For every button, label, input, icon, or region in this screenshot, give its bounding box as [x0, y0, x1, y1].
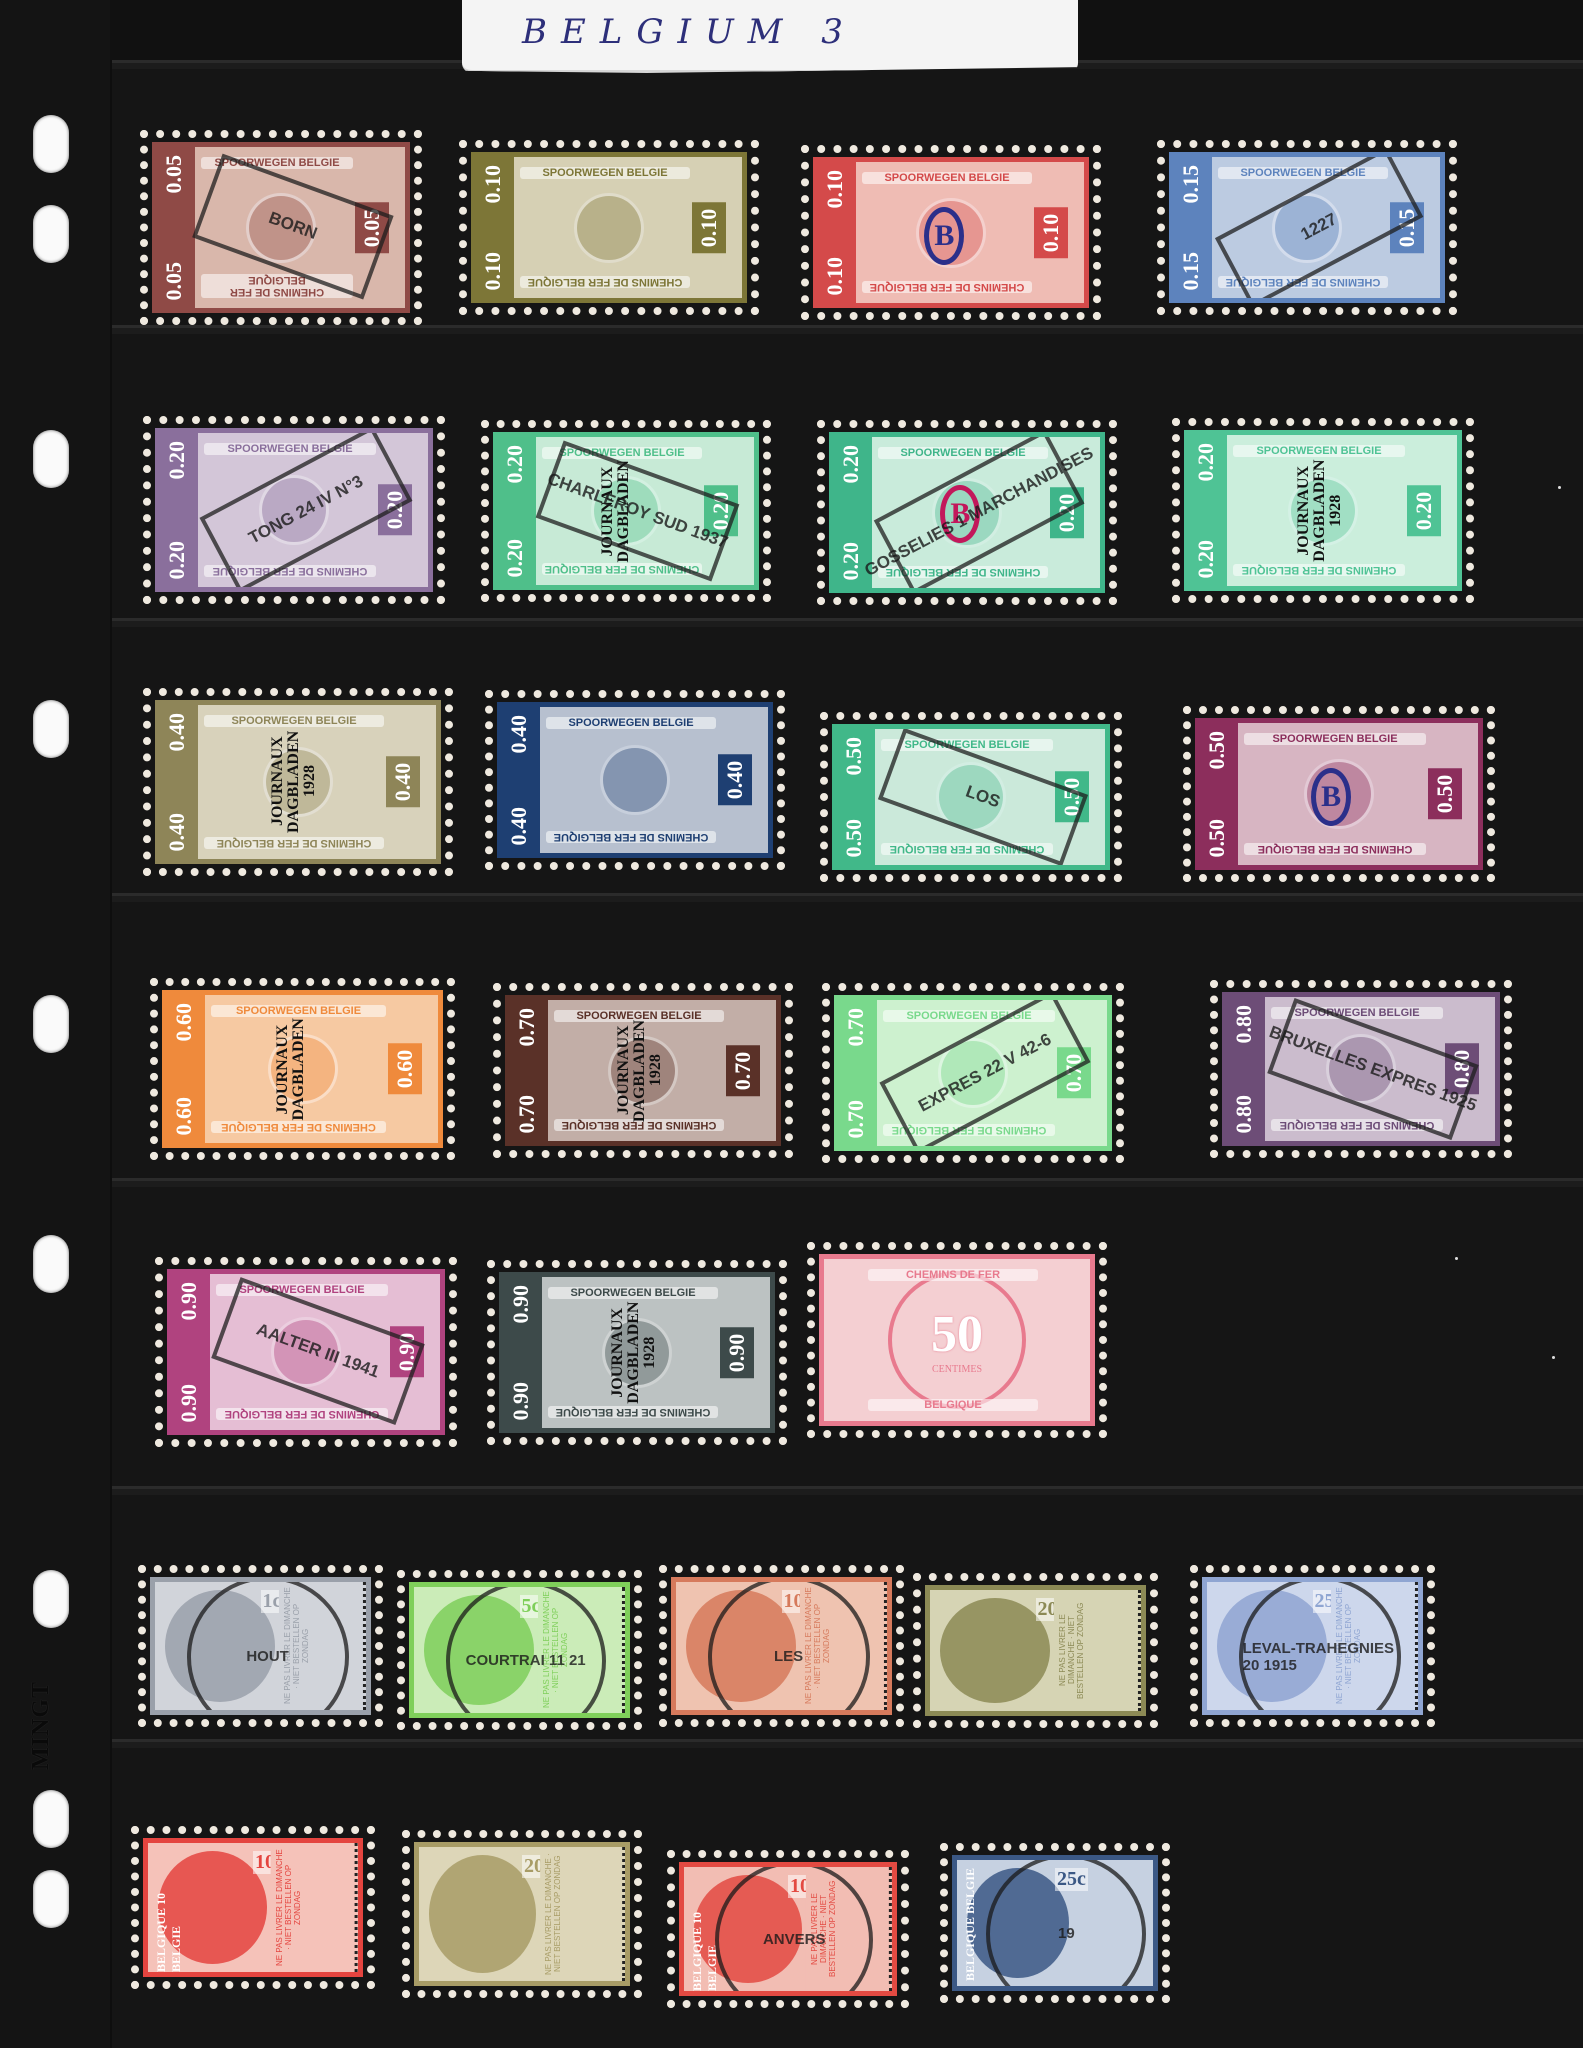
value-ring: 50CENTIMES	[888, 1271, 1026, 1409]
ribbon-top: SPOORWEGEN BELGIE	[520, 167, 690, 179]
denomination-right: 0.20	[1407, 485, 1441, 536]
denomination-right: 0.70	[726, 1045, 760, 1096]
denomination-bottom-left: 0.80	[1231, 1095, 1257, 1134]
stamp: 0.200.200.20SPOORWEGEN BELGIECHEMINS DE …	[1172, 418, 1474, 603]
denomination-top-left: 0.80	[1231, 1005, 1257, 1044]
postmark-cancel: CHARLEROY SUD 1937	[536, 440, 740, 581]
denomination-bottom-left: 0.15	[1178, 252, 1204, 291]
stamp: 10BELGIQUE 10 BELGIENE PAS LIVRER LE DIM…	[667, 1850, 909, 2008]
stamp-design: 0.400.400.40SPOORWEGEN BELGIECHEMINS DE …	[155, 700, 441, 864]
denomination-top-left: 0.70	[514, 1008, 540, 1047]
denomination-top-left: 0.10	[822, 170, 848, 209]
ribbon-bottom: CHEMINS DE FER BELGIQUE	[862, 281, 1032, 293]
label-text: BELGIUM 3	[522, 12, 857, 52]
stamp-design: 0.200.200.20SPOORWEGEN BELGIECHEMINS DE …	[1184, 430, 1462, 591]
stamp-header: CHEMINS DE FER	[868, 1269, 1038, 1281]
stamp-footer: BELGIQUE	[868, 1399, 1038, 1411]
punch-hole	[33, 115, 69, 173]
stamp-design: 0.050.050.05SPOORWEGEN BELGIECHEMINS DE …	[152, 142, 410, 313]
ribbon-bottom: CHEMINS DE FER BELGIQUE	[546, 831, 716, 843]
denomination-bottom-left: 0.20	[838, 542, 864, 581]
denomination-top-left: 0.20	[164, 441, 190, 480]
ribbon-bottom: CHEMINS DE FER BELGIQUE	[520, 276, 690, 288]
stamp: 0.500.500.50SPOORWEGEN BELGIECHEMINS DE …	[820, 712, 1122, 882]
stamp-design: 20NE PAS LIVRER LE DIMANCHE · NIET BESTE…	[925, 1585, 1146, 1716]
overprint-text: JOURNAUX DAGBLADEN 1928	[610, 1295, 658, 1410]
punch-hole	[33, 995, 69, 1053]
ribbon-top: SPOORWEGEN BELGIE	[1244, 733, 1426, 745]
denomination-bottom-left: 0.90	[176, 1384, 202, 1423]
denomination-bottom-left: 0.20	[1193, 540, 1219, 579]
advertising-tab: NE PAS LIVRER LE DIMANCHE · NIET BESTELL…	[1054, 1590, 1141, 1711]
punch-hole	[33, 430, 69, 488]
denomination-top-left: 0.60	[171, 1003, 197, 1042]
denomination-top-left: 0.40	[164, 713, 190, 752]
denomination-right: 0.10	[1034, 207, 1068, 258]
punch-hole	[33, 700, 69, 758]
denomination-top-left: 0.20	[502, 445, 528, 484]
stamp-design: 20NE PAS LIVRER LE DIMANCHE · NIET BESTE…	[414, 1842, 630, 1986]
denomination-top-left: 0.05	[161, 155, 187, 194]
punch-hole	[33, 1870, 69, 1928]
ribbon-top: SPOORWEGEN BELGIE	[546, 717, 716, 729]
stamp-design: 0.500.500.50SPOORWEGEN BELGIECHEMINS DE …	[832, 724, 1110, 870]
denomination-top-left: 0.70	[843, 1008, 869, 1047]
inscription: BELGIQUE 10 BELGIE	[154, 1851, 184, 1972]
advertising-tab: NE PAS LIVRER LE DIMANCHE · NIET BESTELL…	[271, 1843, 358, 1972]
denomination-bottom-left: 0.50	[1204, 819, 1230, 858]
portrait-oval	[429, 1855, 536, 1973]
stamp: 0.400.400.40SPOORWEGEN BELGIECHEMINS DE …	[143, 688, 453, 876]
denomination-top-left: 0.40	[506, 715, 532, 754]
stamp: 5cNE PAS LIVRER LE DIMANCHE · NIET BESTE…	[397, 1570, 642, 1730]
stamp: 0.100.100.10SPOORWEGEN BELGIECHEMINS DE …	[459, 140, 759, 315]
denomination-top-left: 0.15	[1178, 165, 1204, 204]
postmark-cancel: 19	[986, 1855, 1146, 1991]
stamp: 0.050.050.05SPOORWEGEN BELGIECHEMINS DE …	[140, 130, 422, 325]
stamp: 20NE PAS LIVRER LE DIMANCHE · NIET BESTE…	[402, 1830, 642, 1998]
stamp-design: 0.700.700.70SPOORWEGEN BELGIECHEMINS DE …	[834, 995, 1112, 1151]
denomination-right: 0.90	[720, 1327, 754, 1378]
denomination-bottom-left: 0.10	[480, 252, 506, 291]
punch-hole	[33, 1570, 69, 1628]
overprint-text: JOURNAUX DAGBLADEN 1928	[270, 723, 318, 840]
ribbon-top: SPOORWEGEN BELGIE	[862, 172, 1032, 184]
stamp-design: 1cNE PAS LIVRER LE DIMANCHE · NIET BESTE…	[150, 1577, 371, 1715]
stamp-design: 0.200.200.20SPOORWEGEN BELGIECHEMINS DE …	[155, 428, 433, 592]
postmark-cancel: LEVAL-TRAHEGNIES 20 1915	[1239, 1577, 1401, 1715]
denomination-bottom-left: 0.05	[161, 262, 187, 301]
stamp: 0.500.500.50SPOORWEGEN BELGIECHEMINS DE …	[1183, 706, 1495, 882]
stamp: 0.800.800.80SPOORWEGEN BELGIECHEMINS DE …	[1210, 980, 1512, 1158]
stamp-design: 0.600.600.60SPOORWEGEN BELGIECHEMINS DE …	[162, 990, 443, 1148]
stamp-design: 0.900.900.90SPOORWEGEN BELGIECHEMINS DE …	[167, 1269, 445, 1435]
stamp: 0.200.200.20SPOORWEGEN BELGIECHEMINS DE …	[817, 420, 1117, 605]
postmark-cancel: HOUT	[187, 1577, 349, 1715]
denomination-right: 0.60	[388, 1044, 422, 1095]
album-page-label: BELGIUM 3	[462, 0, 1078, 73]
denomination-right: 0.50	[1428, 769, 1462, 820]
stamp-design: 25cBELGIQUE BELGIE19	[952, 1855, 1158, 1991]
advertising-tab: NE PAS LIVRER LE DIMANCHE · NIET BESTELL…	[540, 1847, 625, 1981]
stamp: 0.150.150.15SPOORWEGEN BELGIECHEMINS DE …	[1157, 140, 1457, 315]
denomination-bottom-left: 0.50	[841, 819, 867, 858]
stamp: 0.700.700.70SPOORWEGEN BELGIECHEMINS DE …	[822, 983, 1124, 1163]
denomination-bottom-left: 0.70	[843, 1100, 869, 1139]
stamp-design: 0.700.700.70SPOORWEGEN BELGIECHEMINS DE …	[505, 995, 781, 1146]
binder-strip: MINGT	[0, 0, 110, 2048]
denomination-top-left: 0.90	[176, 1282, 202, 1321]
stamp: 0.200.200.20SPOORWEGEN BELGIECHEMINS DE …	[481, 420, 771, 602]
punch-hole	[33, 205, 69, 263]
stamp: 0.100.100.10SPOORWEGEN BELGIECHEMINS DE …	[801, 145, 1101, 320]
stamp: 0.900.900.90SPOORWEGEN BELGIECHEMINS DE …	[487, 1260, 787, 1445]
denomination-right: 0.40	[718, 755, 752, 806]
denomination-bottom-left: 0.40	[164, 813, 190, 852]
stamp-design: 0.100.100.10SPOORWEGEN BELGIECHEMINS DE …	[471, 152, 747, 303]
portrait-oval	[940, 1598, 1050, 1703]
denomination-top-left: 0.20	[1193, 443, 1219, 482]
ribbon-bottom: CHEMINS DE FER BELGIQUE	[1244, 843, 1426, 855]
overprint-text: JOURNAUX DAGBLADEN	[275, 1013, 307, 1125]
stamp: 1cNE PAS LIVRER LE DIMANCHE · NIET BESTE…	[138, 1565, 383, 1727]
denomination-bottom-left: 0.90	[508, 1382, 534, 1421]
denomination-bottom-left: 0.10	[822, 257, 848, 296]
brand-mark: MINGT	[28, 1640, 68, 1770]
stamp-design: CHEMINS DE FERBELGIQUE50CENTIMES	[819, 1254, 1095, 1426]
inscription: BELGIQUE BELGIE	[963, 1868, 978, 1981]
stamp-design: 25NE PAS LIVRER LE DIMANCHE · NIET BESTE…	[1202, 1577, 1423, 1715]
stamp: 0.700.700.70SPOORWEGEN BELGIECHEMINS DE …	[493, 983, 793, 1158]
denomination-top-left: 0.20	[838, 445, 864, 484]
overprint-text: JOURNAUX DAGBLADEN 1928	[1296, 453, 1344, 568]
postmark-cancel: AALTER III 1941	[211, 1277, 424, 1425]
stamp: 0.200.200.20SPOORWEGEN BELGIECHEMINS DE …	[143, 416, 445, 604]
stamp: CHEMINS DE FERBELGIQUE50CENTIMES	[807, 1242, 1107, 1438]
stamp: 0.400.400.40SPOORWEGEN BELGIECHEMINS DE …	[485, 690, 785, 870]
denomination-bottom-left: 0.40	[506, 807, 532, 846]
crest-emblem	[574, 193, 644, 263]
stamp-design: 0.400.400.40SPOORWEGEN BELGIECHEMINS DE …	[497, 702, 773, 858]
stamp: 10NE PAS LIVRER LE DIMANCHE · NIET BESTE…	[659, 1565, 904, 1727]
punch-hole	[33, 1235, 69, 1293]
stamp: 25NE PAS LIVRER LE DIMANCHE · NIET BESTE…	[1190, 1565, 1435, 1727]
postmark-cancel: LES	[708, 1577, 870, 1715]
punch-hole	[33, 1790, 69, 1848]
denomination-top-left: 0.90	[508, 1285, 534, 1324]
stamp-design: 10BELGIQUE 10 BELGIENE PAS LIVRER LE DIM…	[679, 1862, 897, 1996]
stamp-design: 10NE PAS LIVRER LE DIMANCHE · NIET BESTE…	[671, 1577, 892, 1715]
stamp: 25cBELGIQUE BELGIE19	[940, 1843, 1170, 2003]
stamp-design: 5cNE PAS LIVRER LE DIMANCHE · NIET BESTE…	[409, 1582, 630, 1718]
stamp-design: 0.150.150.15SPOORWEGEN BELGIECHEMINS DE …	[1169, 152, 1445, 303]
denomination-top-left: 0.50	[841, 737, 867, 776]
denomination-top-left: 0.10	[480, 165, 506, 204]
crest-emblem	[600, 745, 670, 815]
stamp-design: 0.200.200.20SPOORWEGEN BELGIECHEMINS DE …	[493, 432, 759, 590]
stamp-design: 10BELGIQUE 10 BELGIENE PAS LIVRER LE DIM…	[143, 1838, 363, 1977]
stamp: 20NE PAS LIVRER LE DIMANCHE · NIET BESTE…	[913, 1573, 1158, 1728]
stamp: 10BELGIQUE 10 BELGIENE PAS LIVRER LE DIM…	[131, 1826, 375, 1989]
stamp-design: 0.800.800.80SPOORWEGEN BELGIECHEMINS DE …	[1222, 992, 1500, 1146]
stamp: 0.900.900.90SPOORWEGEN BELGIECHEMINS DE …	[155, 1257, 457, 1447]
denomination-bottom-left: 0.20	[164, 541, 190, 580]
stamp-design: 0.100.100.10SPOORWEGEN BELGIECHEMINS DE …	[813, 157, 1089, 308]
stamp-design: 0.500.500.50SPOORWEGEN BELGIECHEMINS DE …	[1195, 718, 1483, 870]
stamp-design: 0.200.200.20SPOORWEGEN BELGIECHEMINS DE …	[829, 432, 1105, 593]
denomination-bottom-left: 0.20	[502, 539, 528, 578]
denomination-top-left: 0.50	[1204, 731, 1230, 770]
stamp: 0.600.600.60SPOORWEGEN BELGIECHEMINS DE …	[150, 978, 455, 1160]
overprint-text: JOURNAUX DAGBLADEN 1928	[616, 1017, 664, 1124]
stamp-design: 0.900.900.90SPOORWEGEN BELGIECHEMINS DE …	[499, 1272, 775, 1433]
denomination-right: 0.10	[692, 202, 726, 253]
denomination-bottom-left: 0.70	[514, 1095, 540, 1134]
denomination-right: 0.40	[386, 757, 420, 808]
denomination-bottom-left: 0.60	[171, 1097, 197, 1136]
